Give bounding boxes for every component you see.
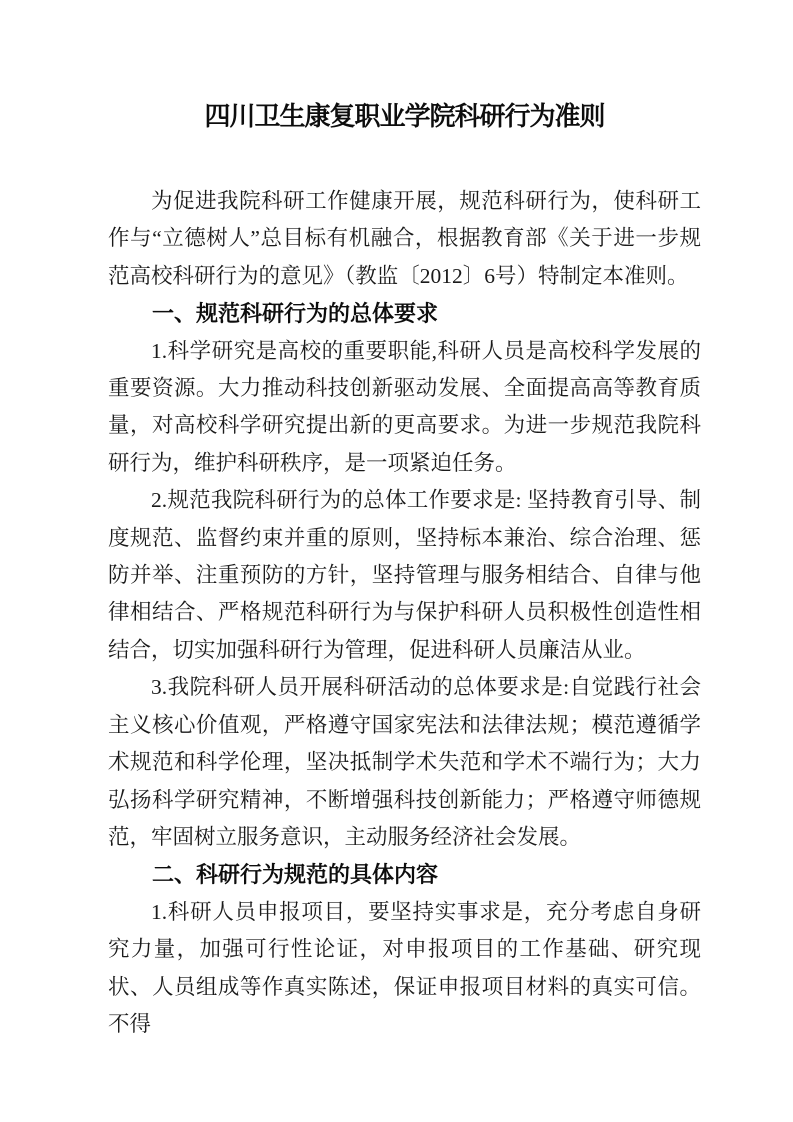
document-page: 四川卫生康复职业学院科研行为准则 为促进我院科研工作健康开展，规范科研行为，使科… [0,0,793,1122]
section-heading-2: 二、科研行为规范的具体内容 [108,856,701,893]
paragraph-section1-item1: 1.科学研究是高校的重要职能,科研人员是高校科学发展的重要资源。大力推动科技创新… [108,333,701,483]
paragraph-section1-item2: 2.规范我院科研行为的总体工作要求是: 坚持教育引导、制度规范、监督约束并重的原… [108,482,701,669]
document-title: 四川卫生康复职业学院科研行为准则 [108,100,701,133]
section-heading-1: 一、规范科研行为的总体要求 [108,295,701,332]
paragraph-intro: 为促进我院科研工作健康开展，规范科研行为，使科研工作与“立德树人”总目标有机融合… [108,183,701,295]
document-body: 为促进我院科研工作健康开展，规范科研行为，使科研工作与“立德树人”总目标有机融合… [108,183,701,1043]
paragraph-section1-item3: 3.我院科研人员开展科研活动的总体要求是:自觉践行社会主义核心价值观，严格遵守国… [108,669,701,856]
paragraph-section2-item1: 1.科研人员申报项目，要坚持实事求是，充分考虑自身研究力量，加强可行性论证，对申… [108,894,701,1044]
